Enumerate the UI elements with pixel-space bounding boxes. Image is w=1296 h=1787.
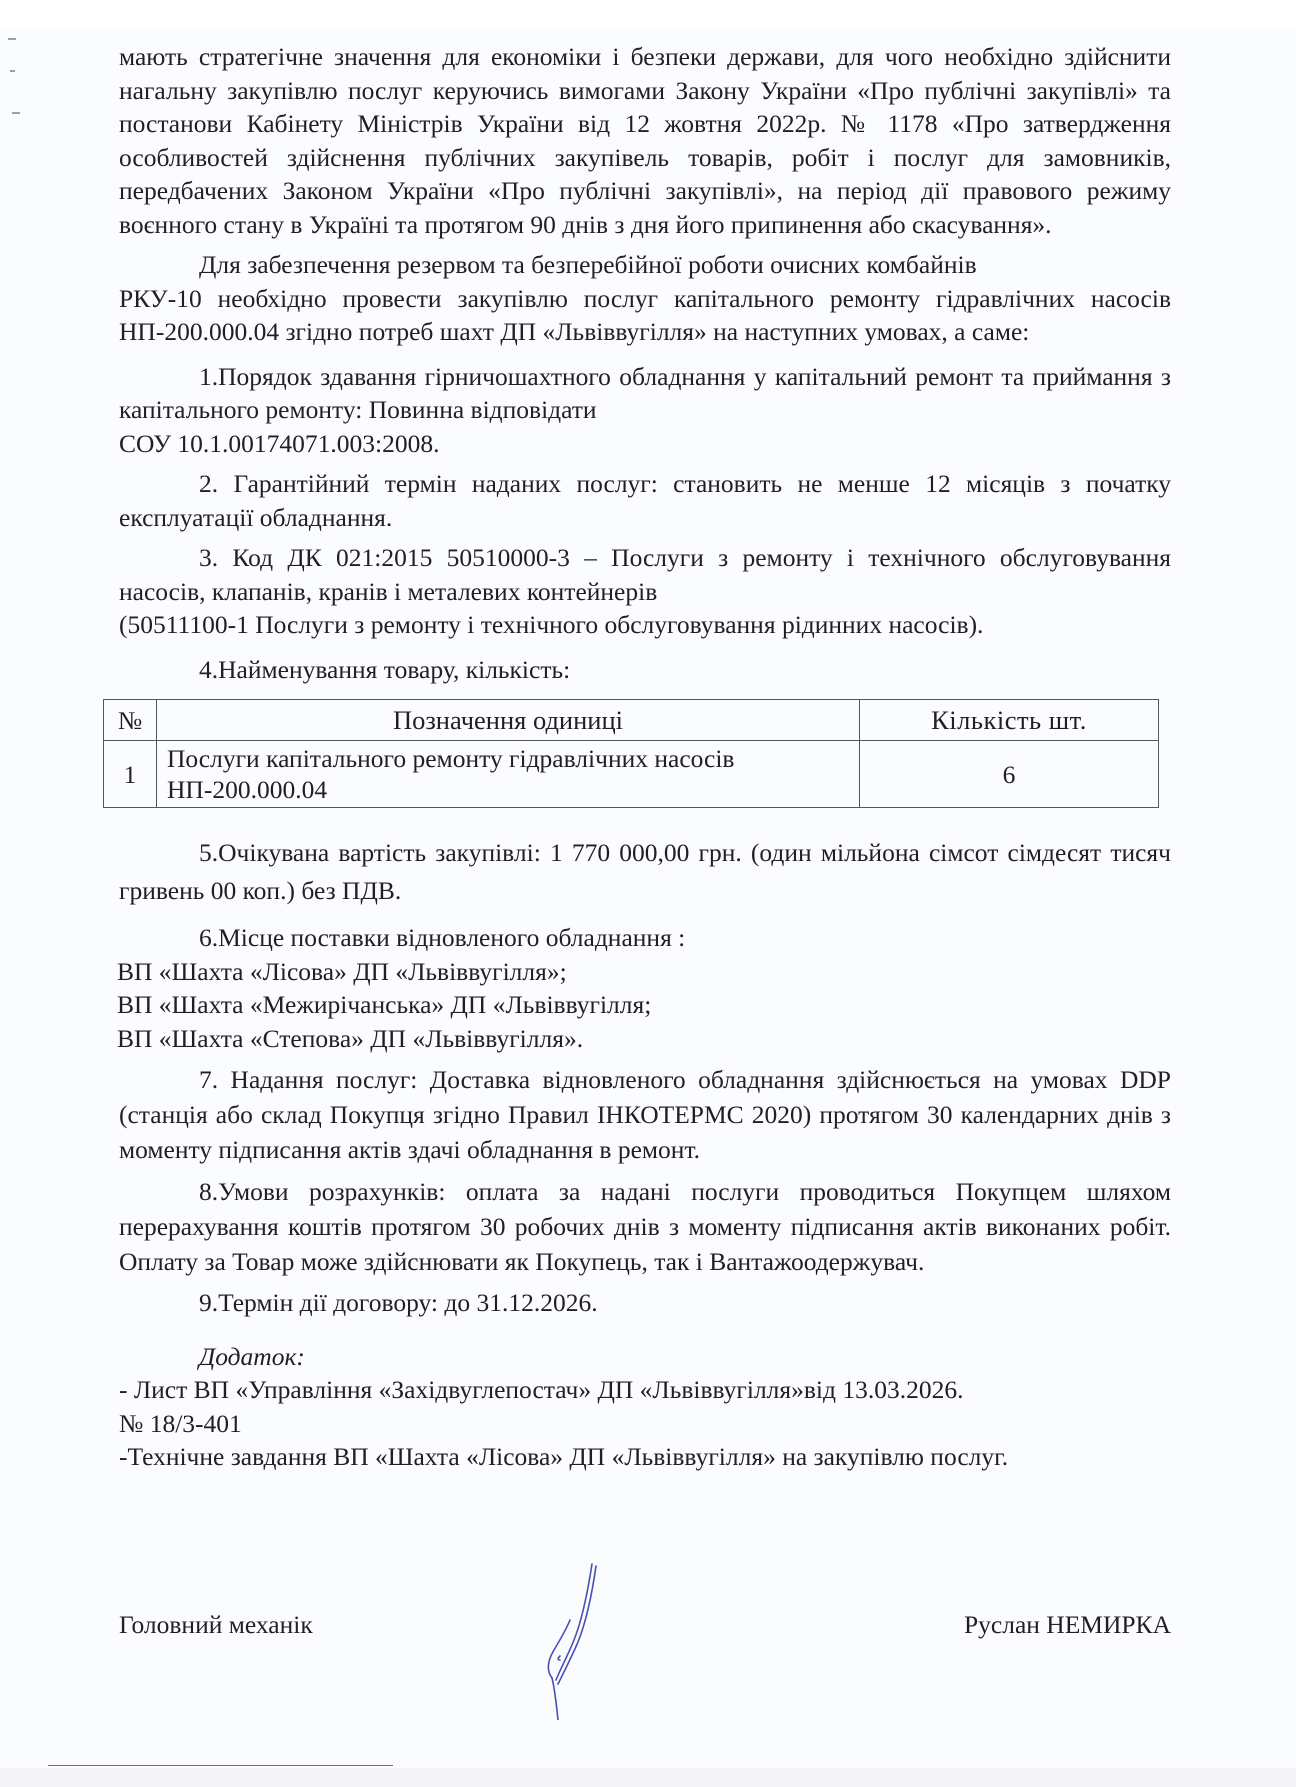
- row-description: Послуги капітального ремонту гідравлічни…: [157, 741, 860, 808]
- scan-top-margin: [0, 0, 1296, 30]
- row-number: 1: [104, 741, 157, 808]
- item-2-warranty: 2. Гарантійний термін наданих послуг: ст…: [119, 467, 1171, 534]
- intro-paragraph: мають стратегічне значення для економіки…: [119, 40, 1171, 241]
- footer-divider: [48, 1765, 393, 1766]
- items-table: № Позначення одиниці Кількість шт. 1 Пос…: [103, 699, 1159, 808]
- attachment-2: -Технічне завдання ВП «Шахта «Лісова» ДП…: [119, 1440, 1171, 1474]
- item-3-subcode: (50511100-1 Послуги з ремонту і технічно…: [119, 608, 1171, 642]
- attachment-1-number: № 18/3-401: [119, 1407, 1171, 1441]
- item-6-heading: 6.Місце поставки відновленого обладнання…: [119, 921, 1171, 955]
- document-page: мають стратегічне значення для економіки…: [0, 0, 1296, 1787]
- document-body: мають стратегічне значення для економіки…: [119, 40, 1171, 1474]
- attachment-1: - Лист ВП «Управління «Західвуглепостач»…: [119, 1373, 1171, 1407]
- table-row: 1 Послуги капітального ремонту гідравліч…: [104, 741, 1159, 808]
- handwritten-signature-icon: [530, 1560, 610, 1720]
- delivery-place: ВП «Шахта «Межирічанська» ДП «Львіввугіл…: [117, 988, 1171, 1022]
- delivery-place: ВП «Шахта «Лісова» ДП «Львіввугілля»;: [117, 955, 1171, 989]
- purpose-line-1: Для забезпечення резервом та безперебійн…: [119, 248, 1171, 282]
- item-9-term: 9.Термін дії договору: до 31.12.2026.: [119, 1286, 1171, 1320]
- scan-bottom-margin: [0, 1768, 1296, 1787]
- row-description-line-1: Послуги капітального ремонту гідравлічни…: [167, 743, 854, 774]
- signer-title: Головний механік: [119, 1608, 313, 1641]
- attachment-heading: Додаток:: [119, 1340, 1171, 1374]
- item-1-standard: СОУ 10.1.00174071.003:2008.: [119, 427, 1171, 461]
- row-description-line-2: НП-200.000.04: [167, 774, 854, 805]
- signature-block: Головний механік Руслан НЕМИРКА: [119, 1608, 1171, 1648]
- purpose-paragraph: РКУ-10 необхідно провести закупівлю посл…: [119, 282, 1171, 349]
- signer-name: Руслан НЕМИРКА: [964, 1608, 1171, 1641]
- item-3-code: 3. Код ДК 021:2015 50510000-3 – Послуги …: [119, 541, 1171, 608]
- table-header-row: № Позначення одиниці Кількість шт.: [104, 700, 1159, 741]
- header-quantity: Кількість шт.: [860, 700, 1159, 741]
- item-7-services: 7. Надання послуг: Доставка відновленого…: [119, 1062, 1171, 1167]
- item-1-text: 1.Порядок здавання гірничошахтного облад…: [119, 360, 1171, 427]
- row-quantity: 6: [860, 741, 1159, 808]
- item-5-cost: 5.Очікувана вартість закупівлі: 1 770 00…: [119, 834, 1171, 910]
- item-4-heading: 4.Найменування товару, кількість:: [119, 653, 1171, 687]
- header-number: №: [104, 700, 157, 741]
- header-unit-name: Позначення одиниці: [157, 700, 860, 741]
- delivery-place: ВП «Шахта «Степова» ДП «Львіввугілля».: [117, 1022, 1171, 1056]
- item-8-payment: 8.Умови розрахунків: оплата за надані по…: [119, 1174, 1171, 1279]
- delivery-places-list: ВП «Шахта «Лісова» ДП «Львіввугілля»; ВП…: [119, 955, 1171, 1056]
